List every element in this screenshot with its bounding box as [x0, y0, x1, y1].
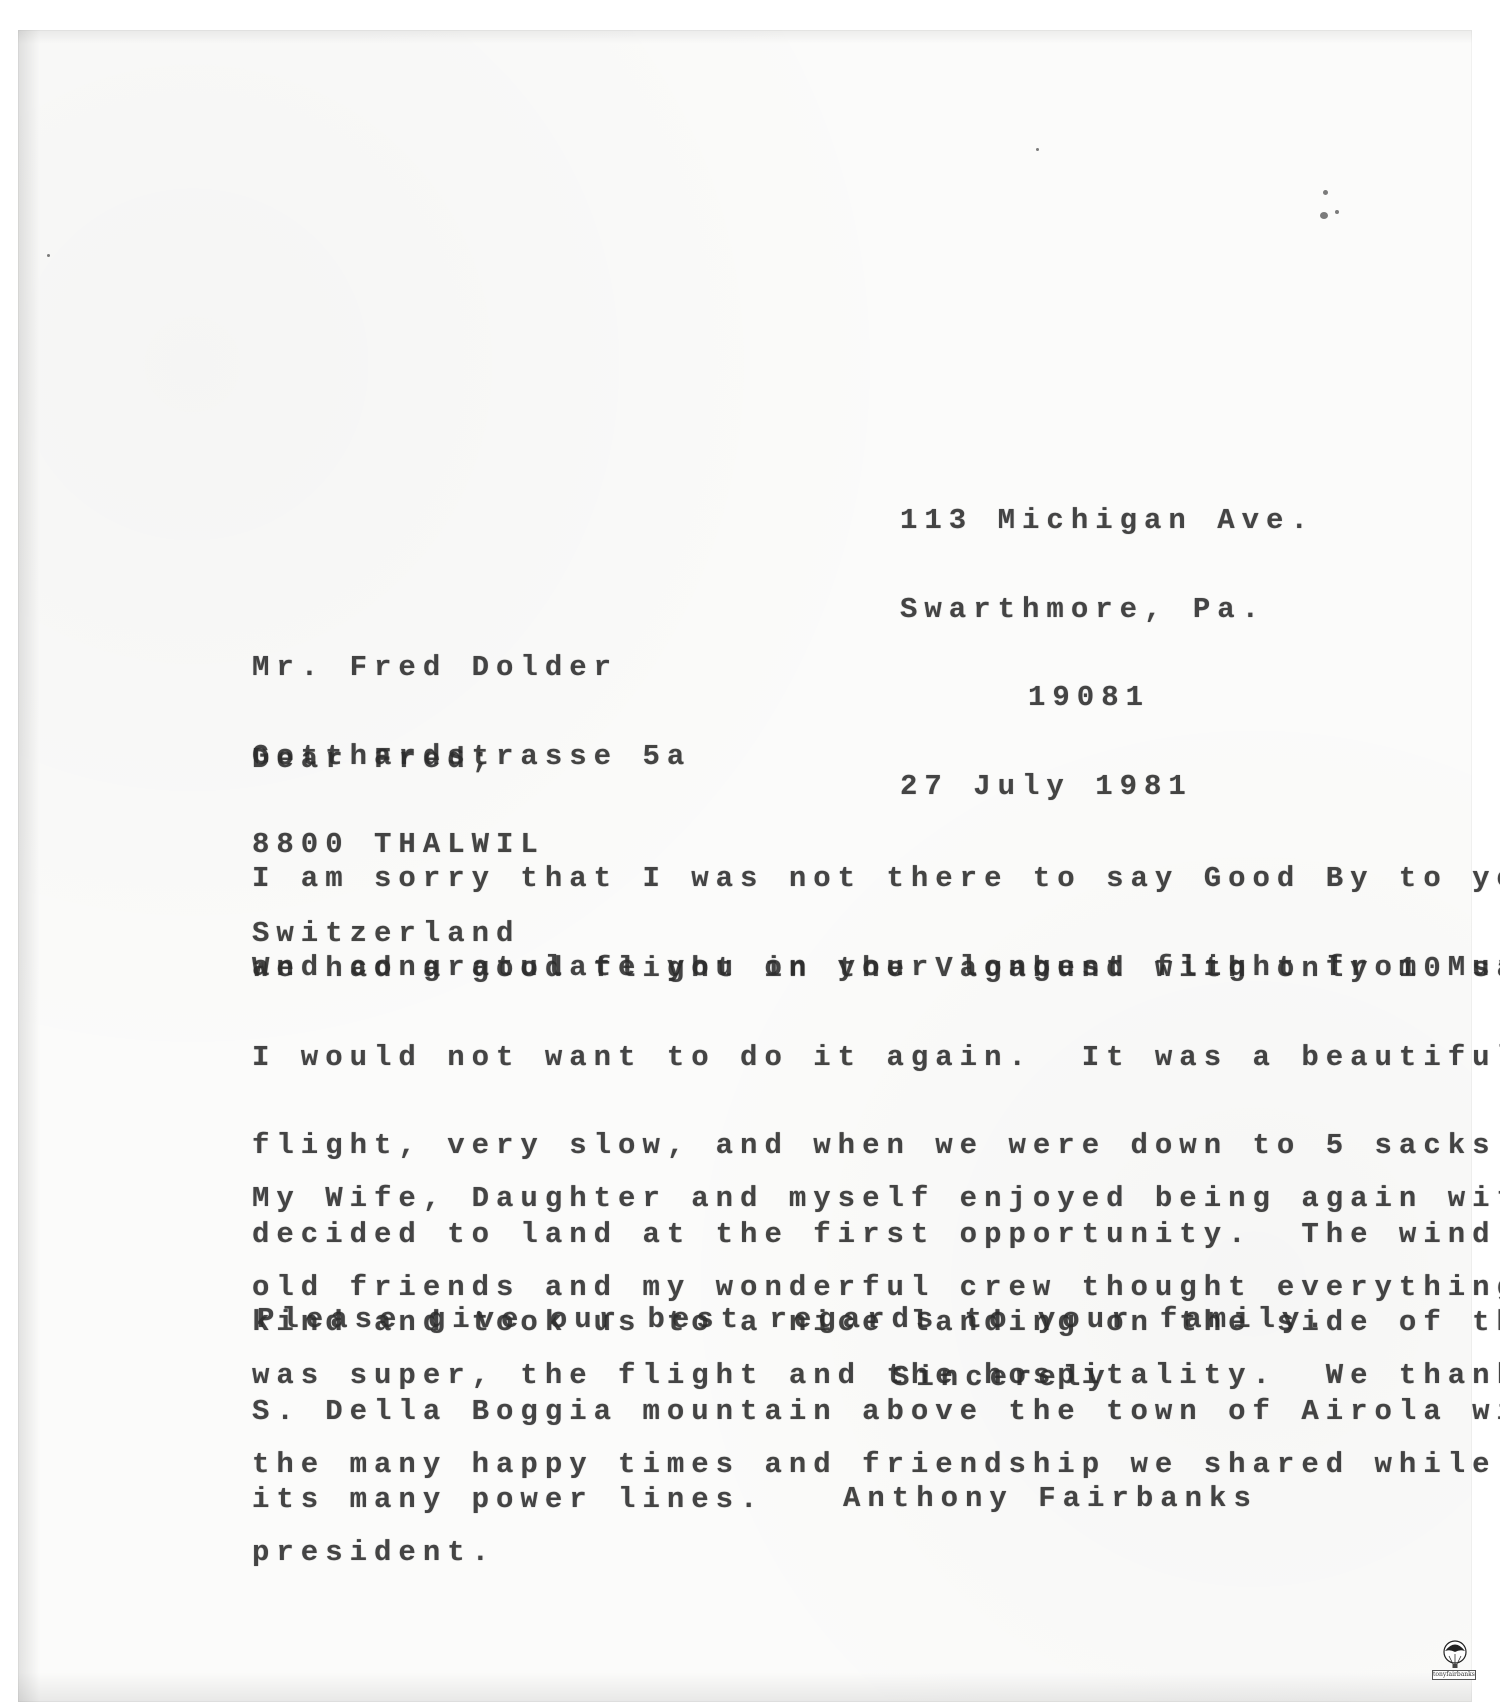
- paragraph-line: We had a good flight in the Vagabund wit…: [252, 954, 1500, 984]
- valediction: Sincerely: [892, 1363, 1112, 1393]
- watermark-text: tonyfairbanks.org: [1432, 1670, 1476, 1680]
- scan-speck: [1320, 212, 1328, 219]
- page-edge-left-shadow: [18, 30, 40, 1702]
- paragraph-line: I am sorry that I was not there to say G…: [252, 864, 1500, 894]
- sender-city-state: Swarthmore, Pa.: [900, 595, 1315, 625]
- paragraph-line: the many happy times and friendship we s…: [252, 1450, 1500, 1480]
- salutation: Dear Fred;: [252, 745, 496, 775]
- hot-air-balloon-icon: [1442, 1640, 1468, 1670]
- body-paragraph-3: My Wife, Daughter and myself enjoyed bei…: [252, 1125, 1500, 1597]
- scan-speck: [1323, 190, 1328, 195]
- paragraph-line: president.: [252, 1538, 1500, 1568]
- scan-speck: [1335, 210, 1339, 214]
- paragraph-line: I would not want to do it again. It was …: [252, 1043, 1500, 1073]
- sender-street: 113 Michigan Ave.: [900, 506, 1315, 536]
- scan-speck: [47, 254, 50, 257]
- recipient-name: Mr. Fred Dolder: [252, 653, 691, 683]
- page-edge-top-shadow: [18, 30, 1472, 44]
- paragraph-line: My Wife, Daughter and myself enjoyed bei…: [252, 1184, 1500, 1214]
- signature-name: Anthony Fairbanks: [843, 1484, 1258, 1514]
- sender-address: 113 Michigan Ave. Swarthmore, Pa. 19081 …: [900, 447, 1315, 831]
- site-watermark: tonyfairbanks.org: [1432, 1640, 1476, 1686]
- sender-zip: 19081: [900, 683, 1315, 713]
- letter-date: 27 July 1981: [900, 772, 1315, 802]
- closing-line: Please give our best regards to your fam…: [257, 1305, 1331, 1335]
- scan-speck: [1036, 148, 1039, 151]
- paragraph-line: was super, the flight and the hospitalit…: [252, 1361, 1500, 1391]
- page-edge-bottom-shadow: [18, 1672, 1472, 1702]
- paragraph-line: old friends and my wonderful crew though…: [252, 1273, 1500, 1303]
